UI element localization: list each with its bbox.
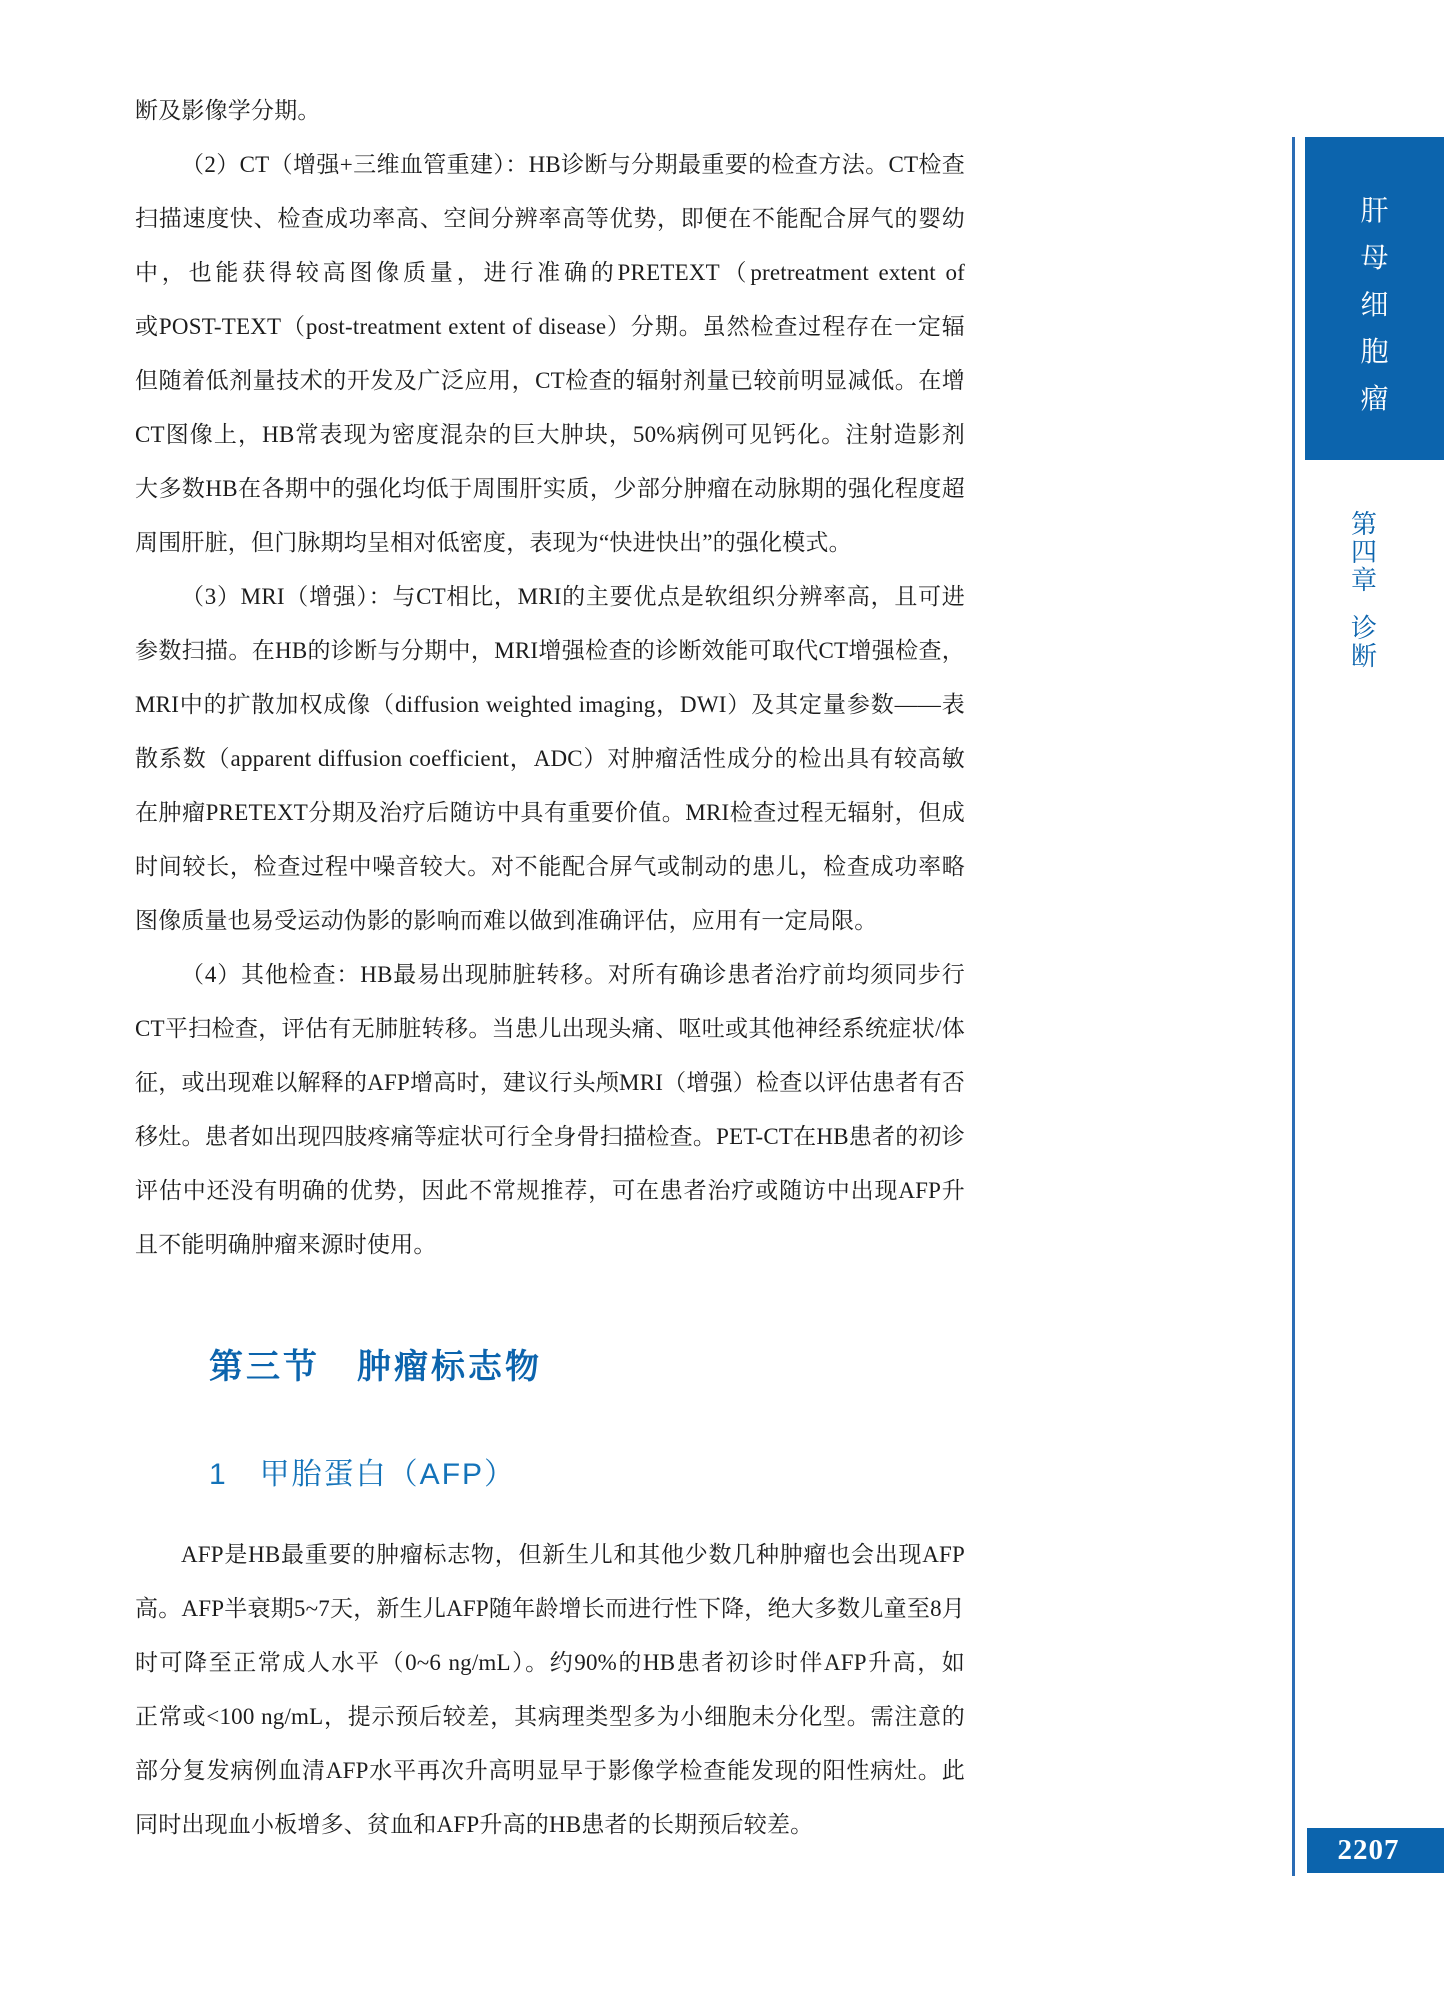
paragraph: 断及影像学分期。 [135,84,965,138]
text-line: 移灶。患者如出现四肢疼痛等症状可行全身骨扫描检查。PET-CT在HB患者的初诊 [135,1110,965,1164]
page-number: 2207 [1338,1834,1400,1867]
text-line: 同时出现血小板增多、贫血和AFP升高的HB患者的长期预后较差。 [135,1798,965,1852]
paragraph: （2）CT（增强+三维血管重建）：HB诊断与分期最重要的检查方法。CT检查具有扫… [135,138,965,570]
vertical-char: 瘤 [1360,375,1388,422]
text-line: 正常或<100 ng/mL，提示预后较差，其病理类型多为小细胞未分化型。需注意的… [135,1690,965,1744]
text-line: CT平扫检查，评估有无肺脏转移。当患儿出现头痛、呕吐或其他神经系统症状/体 [135,1002,965,1056]
section-heading: 第三节 肿瘤标志物 [135,1344,965,1392]
paragraph: AFP是HB最重要的肿瘤标志物，但新生儿和其他少数几种肿瘤也会出现AFP升高。A… [135,1528,965,1852]
text-line: 断及影像学分期。 [135,84,965,138]
vertical-char: 第 [1351,511,1377,539]
text-line: 部分复发病例血清AFP水平再次升高明显早于影像学检查能发现的阳性病灶。此外， [135,1744,965,1798]
chapter-number-vertical-text: 第四章 [1351,511,1377,595]
main-text-column: 断及影像学分期。（2）CT（增强+三维血管重建）：HB诊断与分期最重要的检查方法… [135,84,965,1852]
chapter-marker: 第四章 诊断 [1336,511,1392,671]
page-number-badge: 2207 [1307,1828,1444,1873]
paragraph: （3）MRI（增强）：与CT相比，MRI的主要优点是软组织分辨率高，且可进行多参… [135,570,965,948]
text-line: （3）MRI（增强）：与CT相比，MRI的主要优点是软组织分辨率高，且可进行多 [135,570,965,624]
text-line: 散系数（apparent diffusion coefficient，ADC）对… [135,732,965,786]
vertical-char: 细 [1360,281,1388,328]
text-line: 周围肝脏，但门脉期均呈相对低密度，表现为“快进快出”的强化模式。 [135,516,965,570]
subsection-heading: 1 甲胎蛋白（AFP） [135,1452,965,1498]
text-line: 且不能明确肿瘤来源时使用。 [135,1218,965,1272]
text-line: 大多数HB在各期中的强化均低于周围肝实质，少部分肿瘤在动脉期的强化程度超过 [135,462,965,516]
text-line: 征，或出现难以解释的AFP增高时，建议行头颅MRI（增强）检查以评估患者有否转 [135,1056,965,1110]
text-line: 中，也能获得较高图像质量，进行准确的PRETEXT（pretreatment e… [135,246,965,300]
text-line: 时间较长，检查过程中噪音较大。对不能配合屏气或制动的患儿，检查成功率略低， [135,840,965,894]
text-line: AFP是HB最重要的肿瘤标志物，但新生儿和其他少数几种肿瘤也会出现AFP升 [135,1528,965,1582]
body-paragraphs-top: 断及影像学分期。（2）CT（增强+三维血管重建）：HB诊断与分期最重要的检查方法… [135,84,965,1272]
vertical-char: 章 [1351,567,1377,595]
text-line: 但随着低剂量技术的开发及广泛应用，CT检查的辐射剂量已较前明显减低。在增强 [135,354,965,408]
vertical-char: 四 [1351,539,1377,567]
text-line: MRI中的扩散加权成像（diffusion weighted imaging，D… [135,678,965,732]
tab-title-vertical-text: 肝母细胞瘤 [1360,187,1388,422]
text-line: 时可降至正常成人水平（0~6 ng/mL）。约90%的HB患者初诊时伴AFP升高… [135,1636,965,1690]
book-page: 断及影像学分期。（2）CT（增强+三维血管重建）：HB诊断与分期最重要的检查方法… [0,0,1444,2010]
sidebar-divider-line [1292,137,1295,1876]
text-line: 扫描速度快、检查成功率高、空间分辨率高等优势，即便在不能配合屏气的婴幼儿 [135,192,965,246]
chapter-tab-box: 肝母细胞瘤 [1305,137,1444,460]
text-line: 高。AFP半衰期5~7天，新生儿AFP随年龄增长而进行性下降，绝大多数儿童至8月 [135,1582,965,1636]
paragraph: （4）其他检查：HB最易出现肺脏转移。对所有确诊患者治疗前均须同步行胸部CT平扫… [135,948,965,1272]
text-line: 或POST-TEXT（post-treatment extent of dise… [135,300,965,354]
vertical-char: 诊 [1351,615,1377,643]
text-line: CT图像上，HB常表现为密度混杂的巨大肿块，50%病例可见钙化。注射造影剂后， [135,408,965,462]
text-line: （2）CT（增强+三维血管重建）：HB诊断与分期最重要的检查方法。CT检查具有 [135,138,965,192]
vertical-char: 断 [1351,643,1377,671]
text-line: 在肿瘤PRETEXT分期及治疗后随访中具有重要价值。MRI检查过程无辐射，但成像 [135,786,965,840]
text-line: （4）其他检查：HB最易出现肺脏转移。对所有确诊患者治疗前均须同步行胸部 [135,948,965,1002]
vertical-char: 肝 [1360,187,1388,234]
text-line: 评估中还没有明确的优势，因此不常规推荐，可在患者治疗或随访中出现AFP升高 [135,1164,965,1218]
text-line: 参数扫描。在HB的诊断与分期中，MRI增强检查的诊断效能可取代CT增强检查，且 [135,624,965,678]
body-paragraphs-afp: AFP是HB最重要的肿瘤标志物，但新生儿和其他少数几种肿瘤也会出现AFP升高。A… [135,1528,965,1852]
vertical-char: 胞 [1360,328,1388,375]
chapter-section-vertical-text: 诊断 [1351,615,1377,671]
text-line: 图像质量也易受运动伪影的影响而难以做到准确评估，应用有一定局限。 [135,894,965,948]
vertical-char: 母 [1360,234,1388,281]
